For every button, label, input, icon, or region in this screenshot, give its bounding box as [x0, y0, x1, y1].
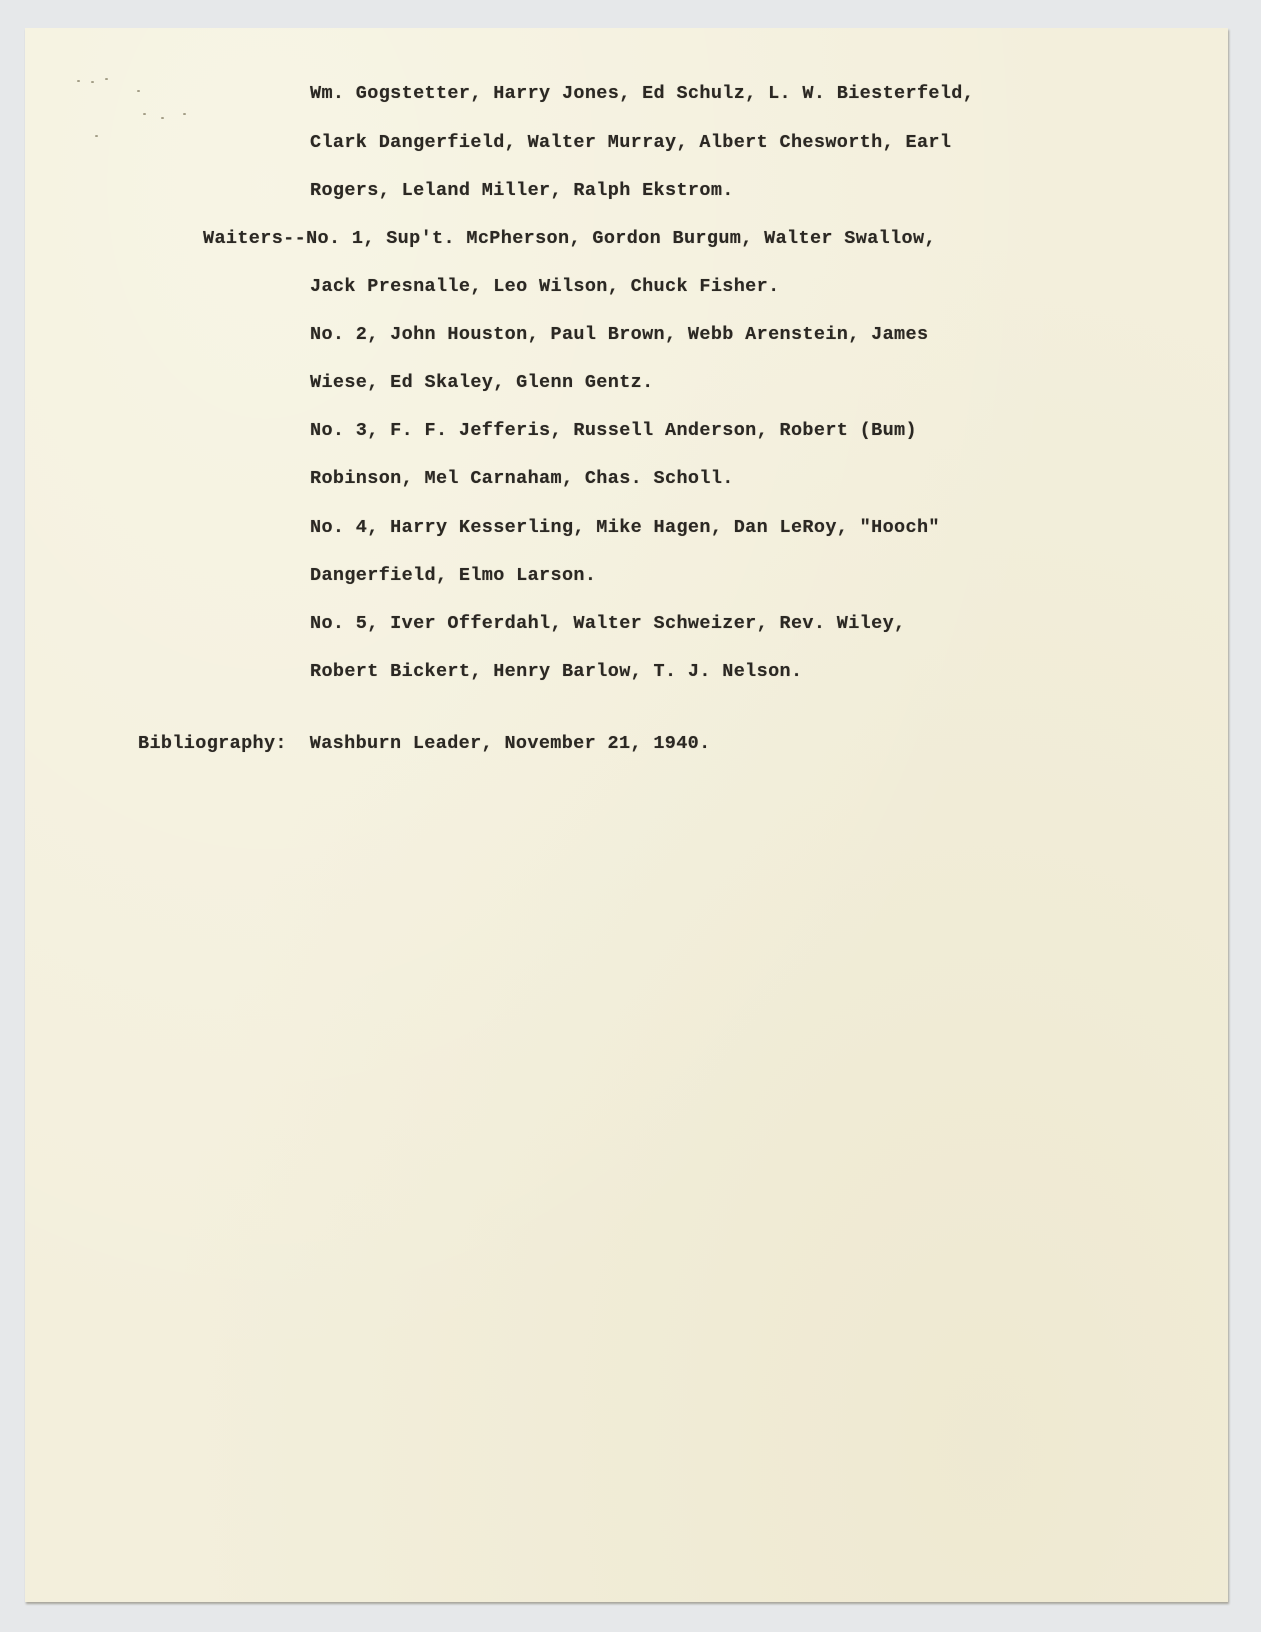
text-line: Dangerfield, Elmo Larson.	[310, 565, 596, 586]
text-line: No. 4, Harry Kesserling, Mike Hagen, Dan…	[310, 517, 940, 538]
paper-punch-marks	[73, 73, 203, 153]
text-line: Wm. Gogstetter, Harry Jones, Ed Schulz, …	[310, 83, 974, 104]
text-line: Clark Dangerfield, Walter Murray, Albert…	[310, 132, 951, 153]
text-line: Jack Presnalle, Leo Wilson, Chuck Fisher…	[310, 276, 780, 297]
text-line: No. 2, John Houston, Paul Brown, Webb Ar…	[310, 324, 928, 345]
typewritten-page: Wm. Gogstetter, Harry Jones, Ed Schulz, …	[25, 28, 1228, 1602]
waiters-heading-line: Waiters--No. 1, Sup't. McPherson, Gordon…	[203, 228, 936, 249]
text-line: No. 5, Iver Offerdahl, Walter Schweizer,…	[310, 613, 906, 634]
bibliography: Bibliography: Washburn Leader, November …	[138, 733, 711, 754]
text-line: No. 3, F. F. Jefferis, Russell Anderson,…	[310, 420, 917, 441]
text-line: Robert Bickert, Henry Barlow, T. J. Nels…	[310, 661, 802, 682]
text-line: Robinson, Mel Carnaham, Chas. Scholl.	[310, 468, 734, 489]
text-line: Rogers, Leland Miller, Ralph Ekstrom.	[310, 180, 734, 201]
text-line: Wiese, Ed Skaley, Glenn Gentz.	[310, 372, 654, 393]
